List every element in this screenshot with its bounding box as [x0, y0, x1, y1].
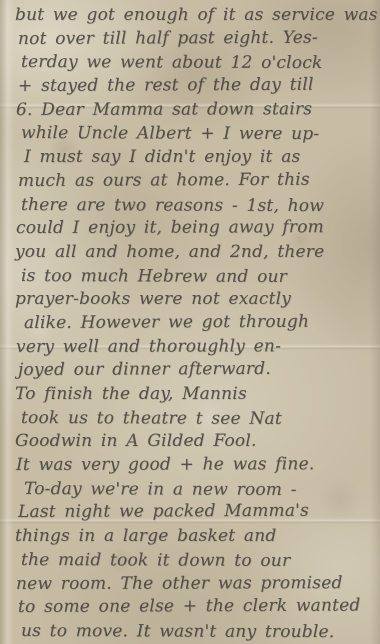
- letter-body: but we got enough of it as service wasno…: [0, 0, 380, 644]
- letter-line: very well and thoroughly en-: [16, 335, 374, 360]
- letter-line: joyed our dinner afterward.: [18, 358, 374, 383]
- letter-line: to some one else + the clerk wanted: [18, 595, 374, 620]
- letter-line: could I enjoy it, being away from: [16, 216, 374, 241]
- letter-line: while Uncle Albert + I were up-: [21, 122, 374, 147]
- letter-line: but we got enough of it as service was: [15, 4, 374, 28]
- letter-line: there are two reasons - 1st, how: [21, 194, 374, 219]
- letter-line: prayer-books were not exactly: [15, 288, 374, 312]
- letter-line: not over till half past eight. Yes-: [18, 26, 374, 51]
- letter-line: It was very good + he was fine.: [16, 453, 374, 478]
- letter-line: To finish the day, Mannis: [15, 383, 374, 407]
- letter-line: terday we went about 12 o'clock: [21, 51, 374, 76]
- letter-line: Goodwin in A Gilded Fool.: [15, 430, 374, 454]
- letter-line: things in a large basket and: [15, 525, 374, 549]
- letter-line: I must say I didn't enjoy it as: [24, 146, 374, 170]
- letter-line: you all and home, and 2nd, there: [15, 241, 374, 265]
- letter-line: is too much Hebrew and our: [21, 265, 374, 290]
- letter-line: Last night we packed Mamma's: [18, 500, 374, 525]
- letter-line: alike. However we got through: [24, 310, 374, 335]
- letter-page: but we got enough of it as service wasno…: [0, 0, 380, 644]
- letter-line: us to move. It wasn't any trouble.: [21, 620, 374, 644]
- letter-line: much as ours at home. For this: [18, 168, 374, 193]
- letter-line: the maid took it down to our: [21, 549, 374, 574]
- letter-line: + stayed the rest of the day till: [18, 74, 374, 99]
- letter-line: took us to theatre t see Nat: [21, 407, 374, 432]
- letter-line: new room. The other was promised: [16, 572, 374, 597]
- letter-line: 6. Dear Mamma sat down stairs: [16, 98, 374, 123]
